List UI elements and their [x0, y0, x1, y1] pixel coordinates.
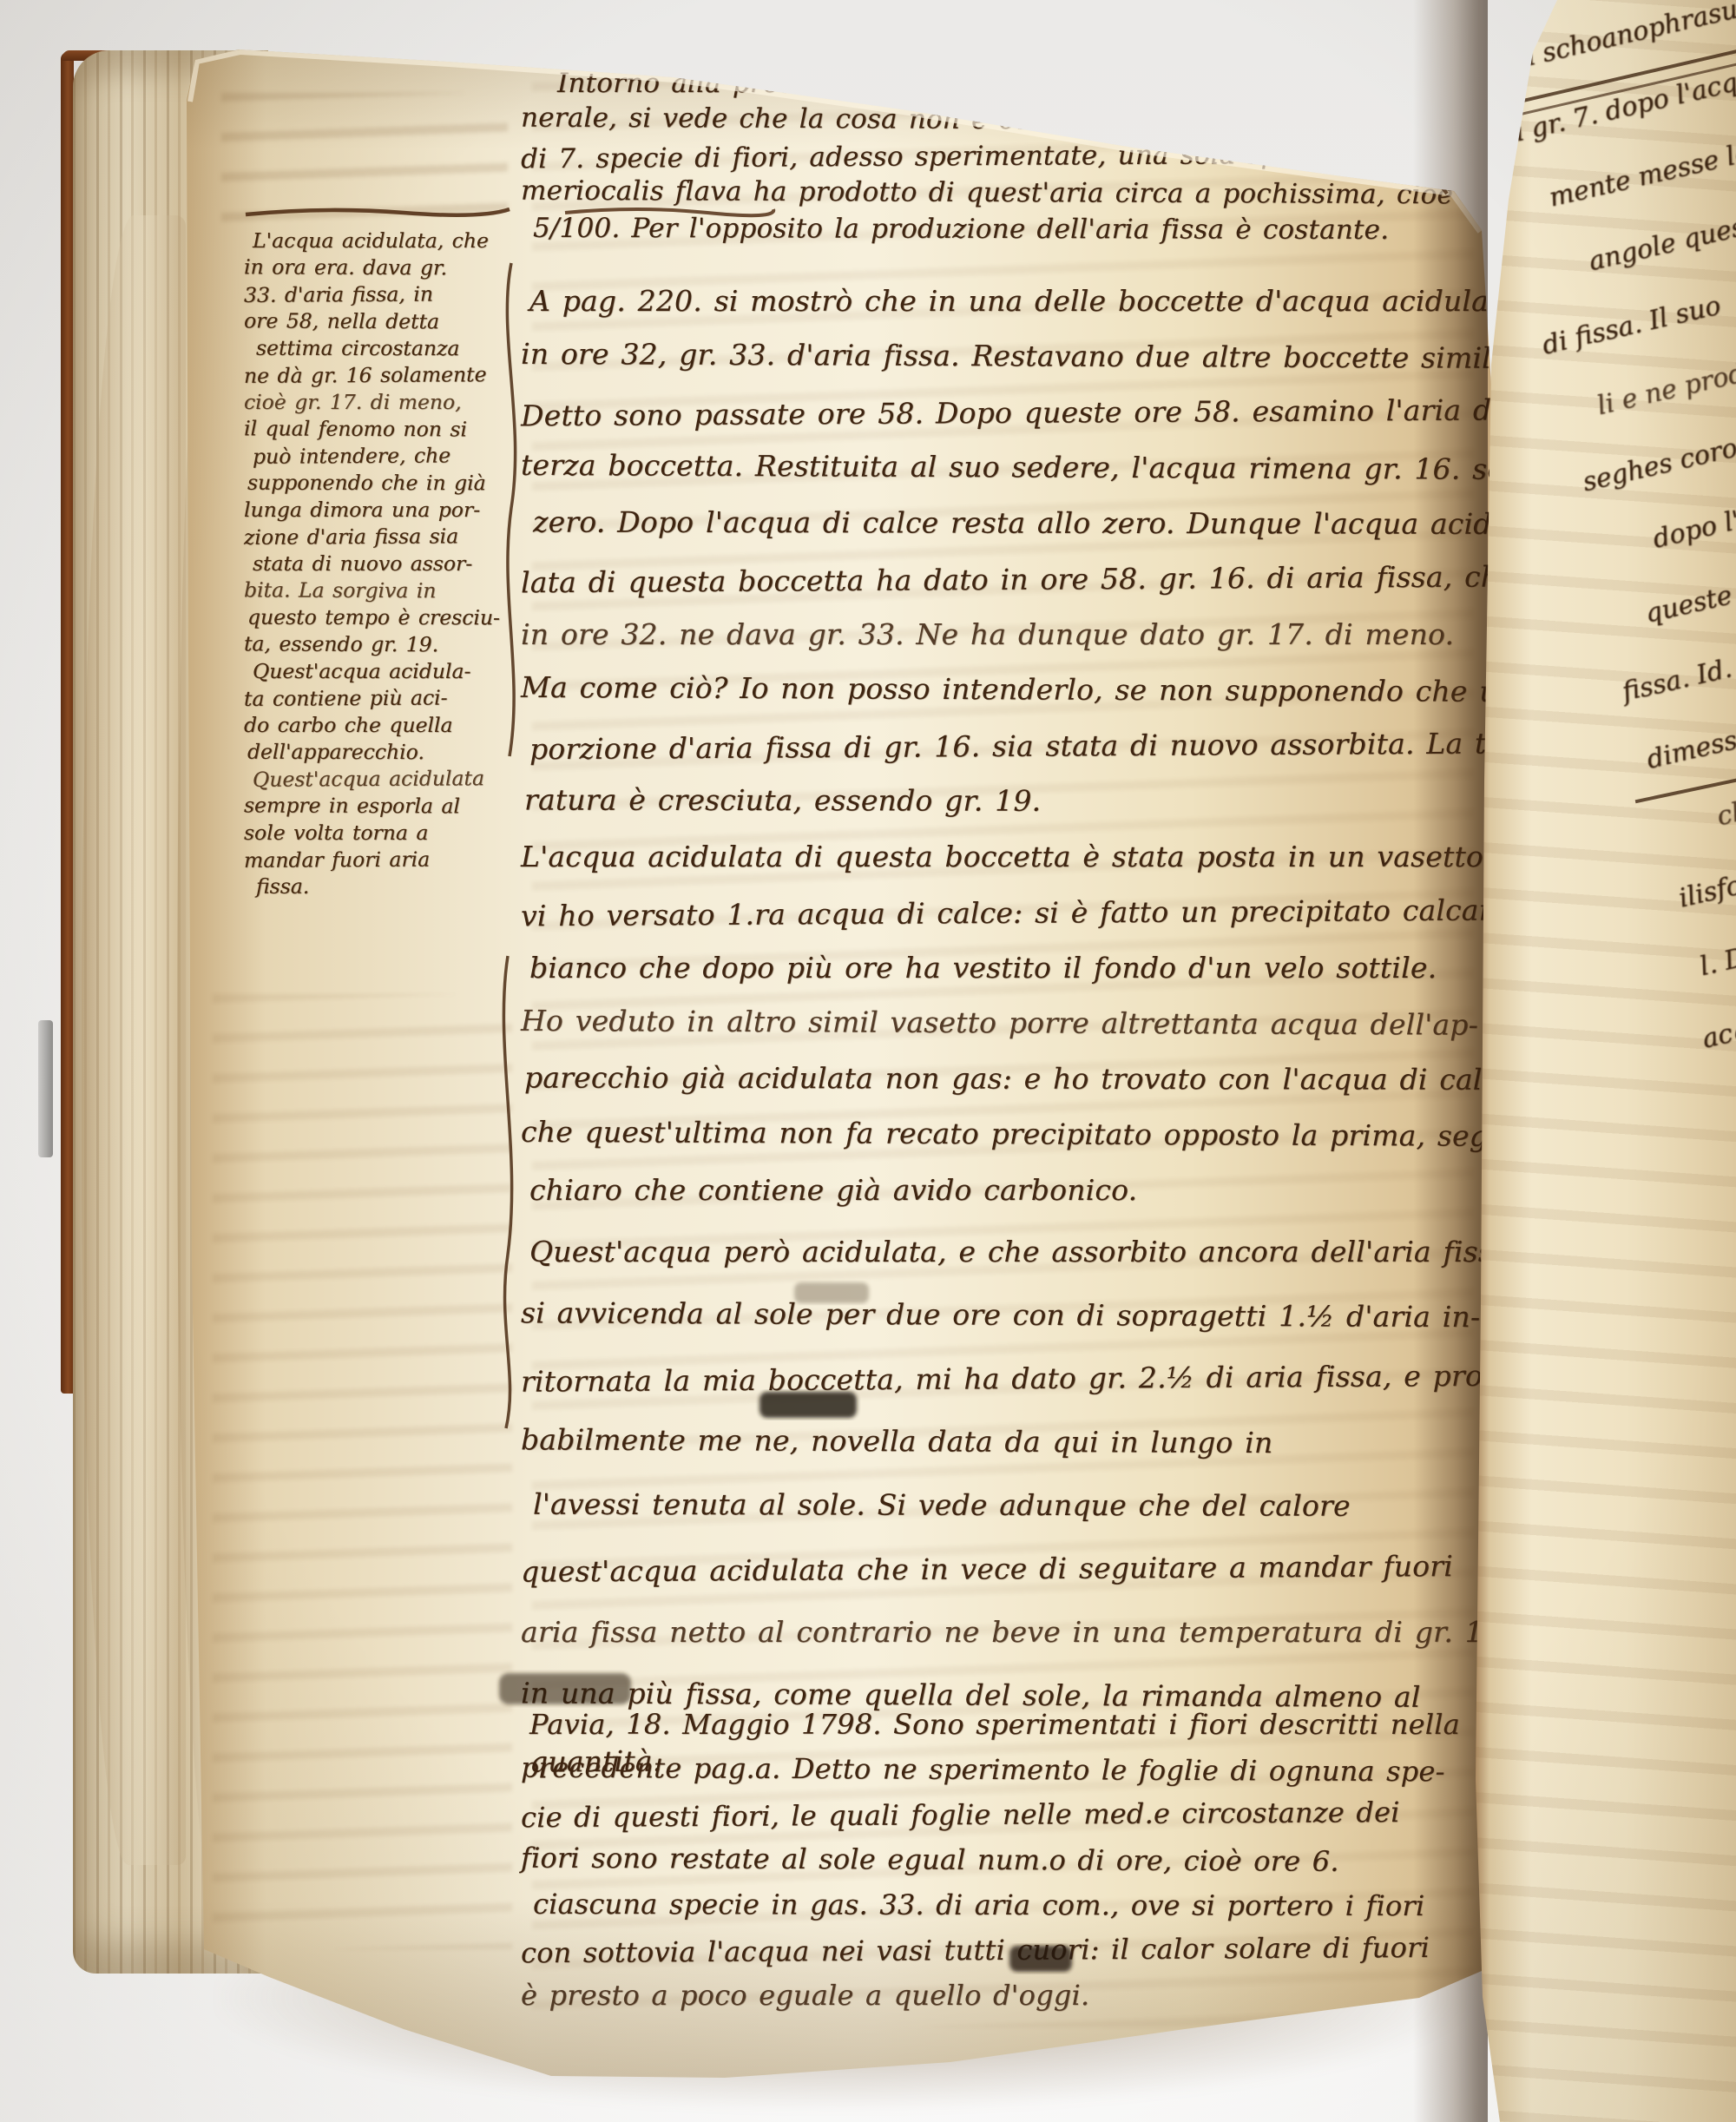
margin-note: L'acqua acidulata, chein ora era. dava g…	[244, 227, 504, 900]
margin-bracket	[507, 263, 515, 756]
main-text-paragraph-4: Pavia, 18. Maggio 1798. Sono sperimentat…	[521, 1702, 1460, 2018]
manuscript-line: babilmente me ne, novella data da qui in…	[521, 1407, 1568, 1475]
margin-note-line: ore 58, nella detta	[244, 307, 504, 335]
margin-note-line: bita. La sorgiva in	[244, 577, 504, 604]
manuscript-line: di 7. specie di fiori, adesso sperimenta…	[521, 135, 1473, 178]
manuscript-photo: L'acqua acidulata, chein ora era. dava g…	[0, 0, 1736, 2122]
ink-bleedthrough	[221, 93, 508, 225]
manuscript-line: precedente pag.a. Detto ne sperimento le…	[521, 1745, 1460, 1795]
manuscript-line: ciascuna specie in gas. 33. di aria com.…	[524, 1881, 1463, 1928]
margin-note-line: ta, essendo gr. 19.	[244, 630, 504, 658]
manuscript-line: ritornata la mia boccetta, mi ha dato gr…	[521, 1343, 1568, 1413]
manuscript-line: meriocalis flava ha prodotto di quest'ar…	[521, 173, 1473, 214]
margin-rule	[246, 209, 510, 215]
manuscript-line: Intorno alla produzione d'aria azotica c…	[521, 65, 1473, 102]
margin-note-line: do carbo che quella	[244, 712, 504, 739]
margin-note-line: può intendere, che	[244, 442, 504, 471]
margin-note-line: ta contiene più aci-	[244, 684, 504, 713]
margin-note-line: Quest'acqua acidulata	[244, 765, 504, 794]
margin-note-line: 33. d'aria fissa, in	[244, 280, 504, 309]
manuscript-line: 5/100. Per l'opposito la produzione dell…	[524, 210, 1476, 248]
margin-note-line: ne dà gr. 16 solamente	[244, 361, 504, 390]
ink-bleedthrough	[213, 994, 512, 1949]
manuscript-line: fiori sono restate al sole egual num.o d…	[521, 1835, 1460, 1885]
book-cover-edge	[61, 52, 74, 1394]
manuscript-line: Pavia, 18. Maggio 1798. Sono sperimentat…	[521, 1702, 1460, 1747]
left-page: L'acqua acidulata, chein ora era. dava g…	[187, 48, 1506, 2084]
manuscript-line: con sottovia l'acqua nei vasi tutti cuor…	[521, 1925, 1460, 1976]
margin-note-line: il qual fenomo non si	[244, 415, 504, 443]
manuscript-line: aria fissa netto al contrario ne beve in…	[521, 1600, 1567, 1664]
margin-note-line: Quest'acqua acidula-	[244, 658, 504, 685]
margin-note-line: stata di nuovo assor-	[244, 550, 504, 577]
margin-note-line: fissa.	[247, 873, 508, 901]
manuscript-line: quest'acqua acidulata che in vece di seg…	[521, 1533, 1568, 1603]
margin-note-line: in ora era. dava gr.	[244, 254, 504, 281]
margin-note-line: sempre in esporla al	[244, 792, 504, 820]
main-text-paragraph-1: Intorno alla produzione d'aria azotica c…	[521, 65, 1473, 247]
margin-note-line: dell'apparecchio.	[247, 739, 508, 767]
margin-note-line: questo tempo è cresciu-	[247, 604, 508, 632]
margin-note-line: L'acqua acidulata, che	[244, 227, 504, 254]
page-edge-sheet	[82, 215, 186, 1865]
book-clip	[38, 1020, 53, 1157]
margin-note-line: zione d'aria fissa sia	[244, 523, 504, 551]
manuscript-line: nerale, si vede che la cosa non è costan…	[521, 100, 1473, 141]
manuscript-line: cie di questi fiori, le quali foglie nel…	[521, 1789, 1460, 1841]
manuscript-line: è presto a poco eguale a quello d'oggi.	[521, 1973, 1460, 2018]
margin-note-line: mandar fuori aria	[244, 846, 504, 874]
manuscript-line: si avvicenda al sole per due ore con di …	[521, 1281, 1568, 1348]
margin-bracket	[503, 956, 511, 1428]
margin-note-line: cioè gr. 17. di meno,	[244, 389, 504, 416]
margin-note-line: settima circostanza	[247, 335, 508, 363]
right-page-text: iam schoanophrasuma gr. 7. dopo l'acquam…	[1484, 0, 1736, 2112]
margin-note-line: lunga dimora una por-	[244, 497, 504, 524]
margin-note-line: supponendo che in già	[247, 470, 508, 498]
right-page: iam schoanophrasuma gr. 7. dopo l'acquam…	[1474, 0, 1736, 2122]
manuscript-line: Quest'acqua però acidulata, e che assorb…	[521, 1220, 1567, 1283]
margin-note-line: sole volta torna a	[244, 820, 504, 847]
